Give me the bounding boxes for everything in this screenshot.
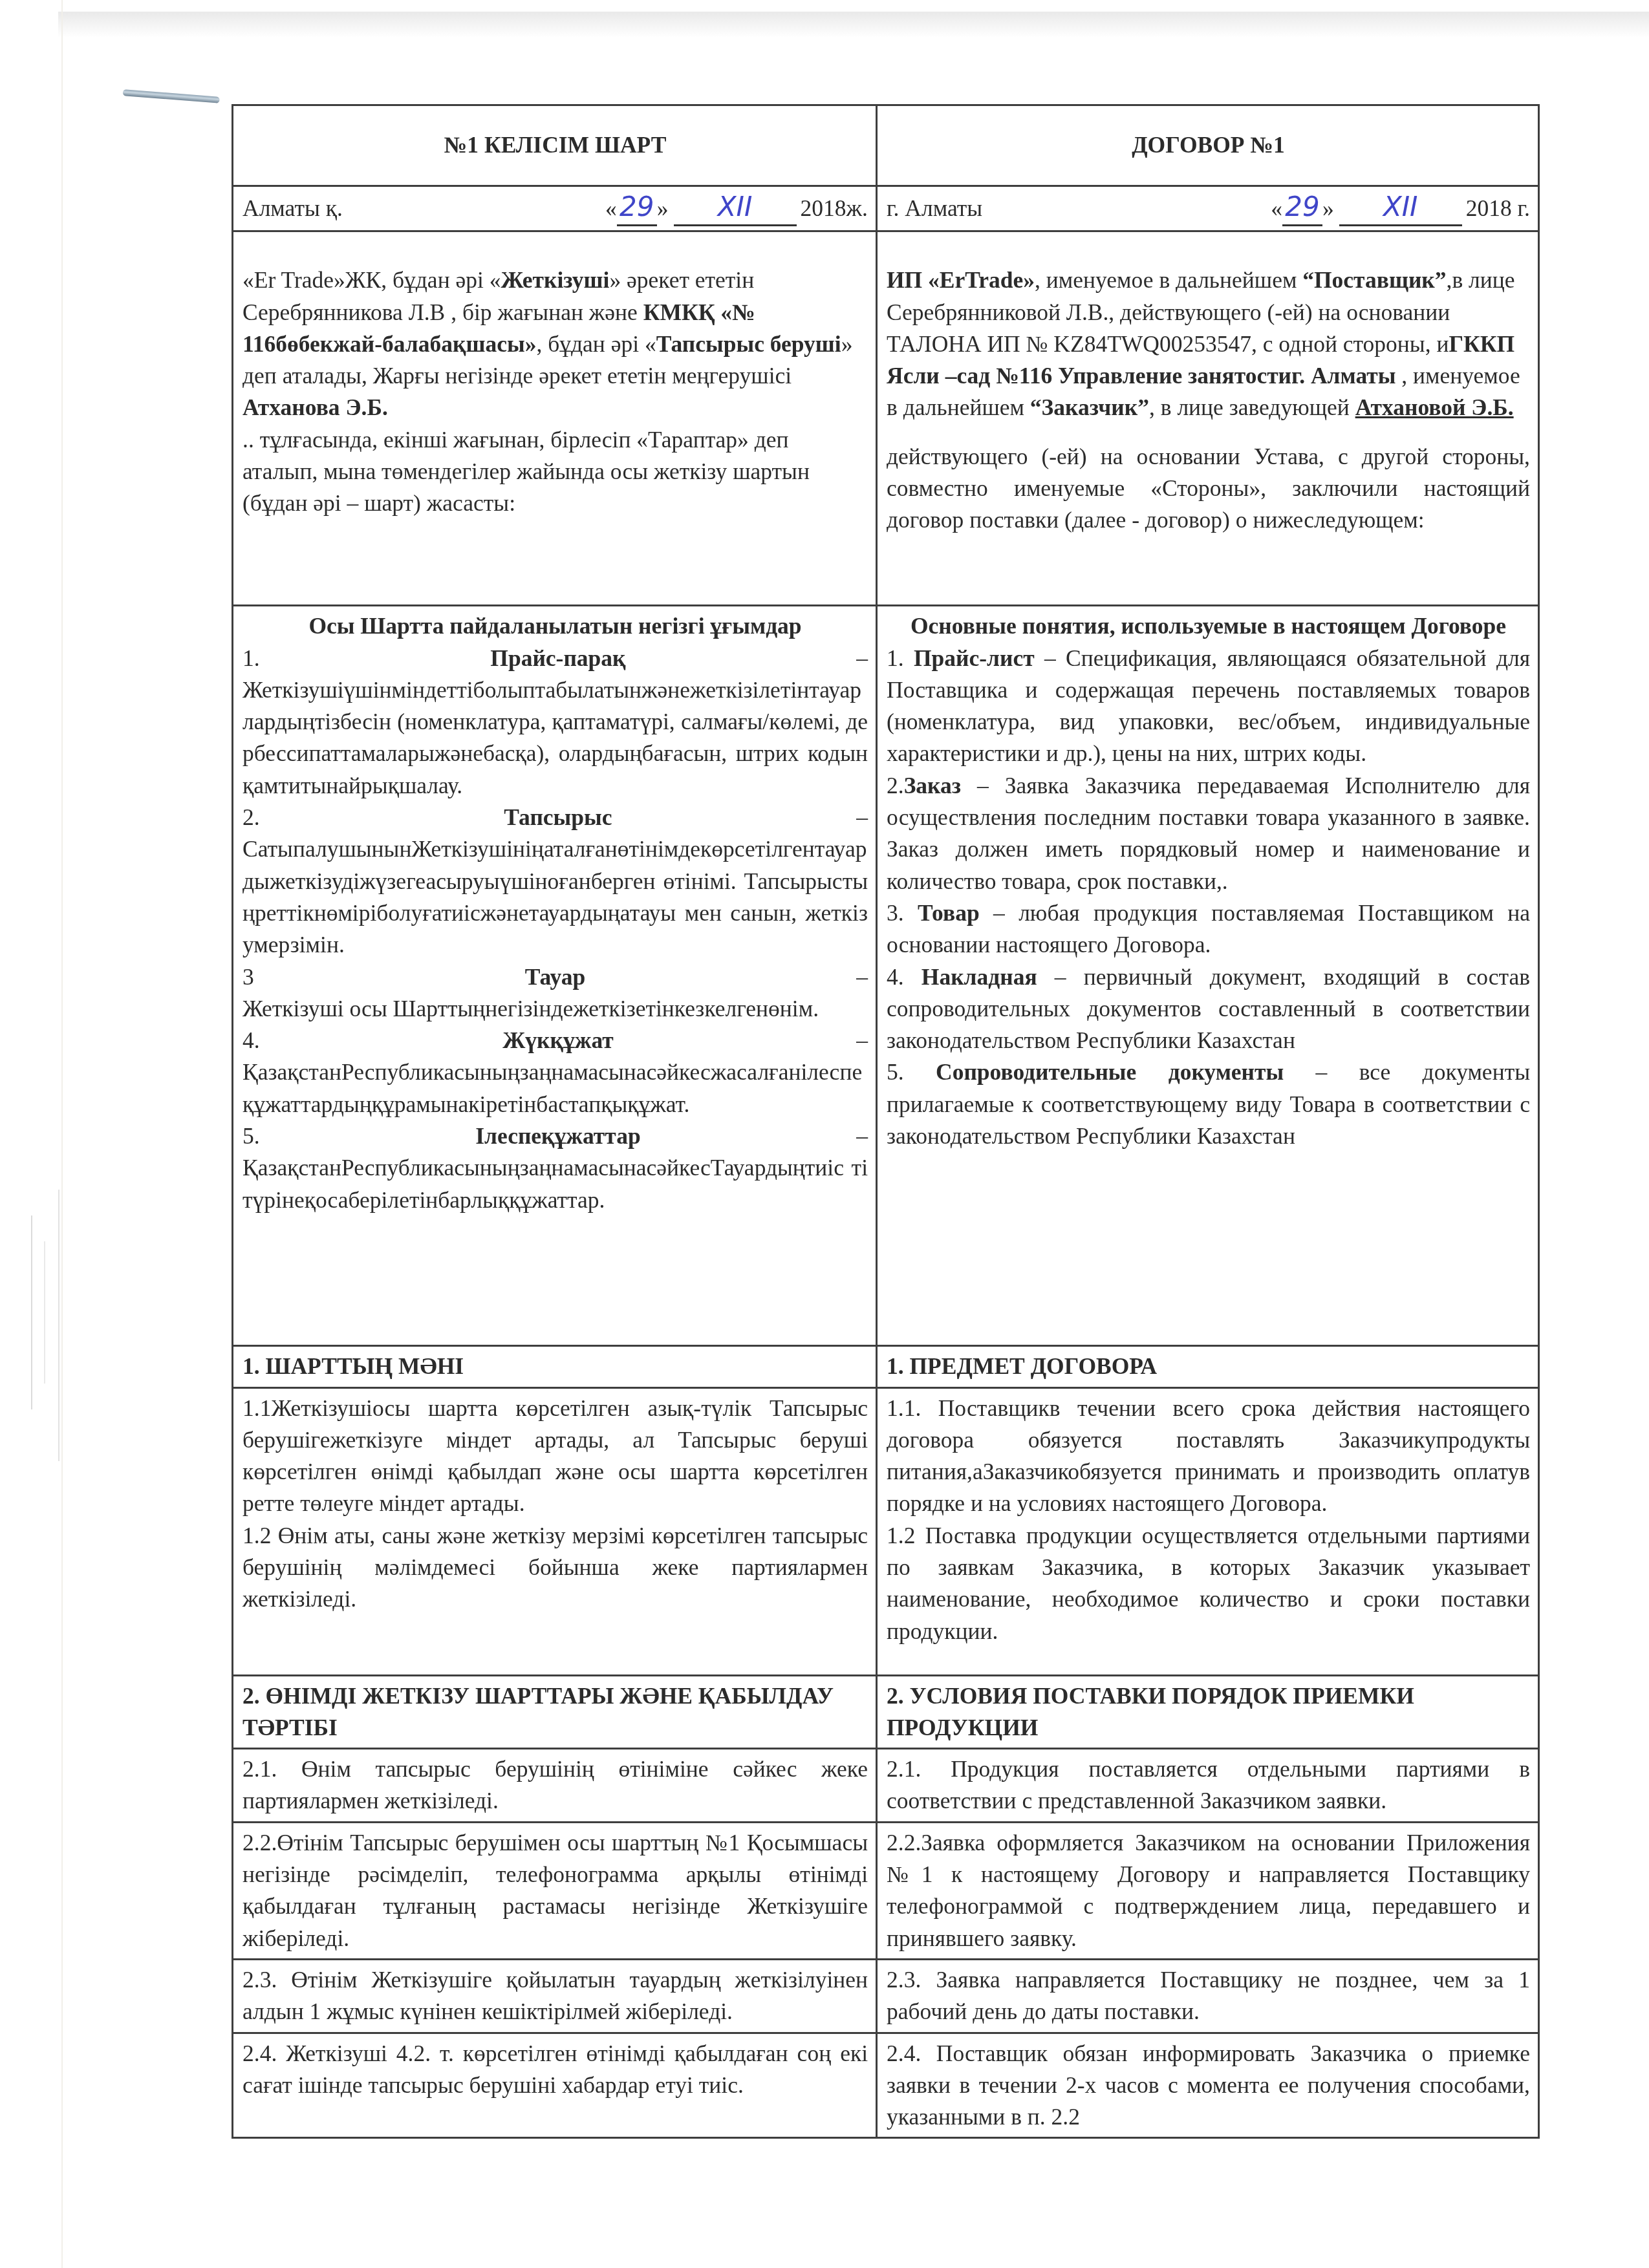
scan-margin-artifacts — [26, 1164, 78, 1584]
definition-text-kz: ҚазақстанРеспубликасыныңзаңнамасынасәйке… — [242, 1056, 868, 1120]
definitions-row: Осы Шартта пайдаланылатын негізгі ұғымда… — [233, 606, 1539, 1346]
section2-heading-kz: 2. ӨНІМДІ ЖЕТКІЗУ ШАРТТАРЫ ЖӘНЕ ҚАБЫЛДАУ… — [233, 1675, 877, 1749]
clause-2-1-row: 2.1. Өнім тапсырыс берушінің өтініміне с… — [233, 1749, 1539, 1823]
definition-text-kz: ҚазақстанРеспубликасыныңзаңнамасынасәйке… — [242, 1152, 868, 1216]
title-row: №1 КЕЛІСІМ ШАРТ ДОГОВОР №1 — [233, 105, 1539, 186]
definition-item-ru: 2.Заказ – Заявка Заказчика передаваемая … — [887, 770, 1530, 897]
clause-kz: 2.3. Өтінім Жеткізушіге қойылатын тауард… — [233, 1959, 877, 2033]
definition-item-ru: 1. Прайс-лист – Спецификация, являющаяся… — [887, 643, 1530, 770]
definition-term-kz: 5.Ілеспеқұжаттар– — [242, 1120, 868, 1152]
title-ru: ДОГОВОР №1 — [877, 105, 1539, 186]
definition-text-kz: Жеткізушіүшінміндеттіболыптабылатынжәнеж… — [242, 674, 868, 802]
clause-2-4-row: 2.4. Жеткізуші 4.2. т. көрсетілген өтіні… — [233, 2033, 1539, 2138]
definitions-kz: Осы Шартта пайдаланылатын негізгі ұғымда… — [233, 606, 877, 1346]
definition-term-kz: 3Тауар– — [242, 961, 868, 993]
section1-heading-kz: 1. ШАРТТЫҢ МӘНІ — [233, 1346, 877, 1387]
handwritten-month: XII — [718, 191, 753, 222]
year-kz: 2018ж. — [801, 193, 868, 224]
handwritten-day: 29 — [1285, 191, 1319, 222]
clause-ru: 2.3. Заявка направляется Поставщику не п… — [877, 1959, 1539, 2033]
clause-2-3-row: 2.3. Өтінім Жеткізушіге қойылатын тауард… — [233, 1959, 1539, 2033]
clause-kz: 2.1. Өнім тапсырыс берушінің өтініміне с… — [233, 1749, 877, 1823]
preamble-kz: «Er Trade»ЖК, бұдан әрі «Жеткізуші» әрек… — [233, 231, 877, 606]
definition-text-kz: СатыпалушынынЖеткізушініңаталғанөтінімде… — [242, 833, 868, 961]
definitions-heading-kz: Осы Шартта пайдаланылатын негізгі ұғымда… — [242, 610, 868, 642]
preamble-row: «Er Trade»ЖК, бұдан әрі «Жеткізуші» әрек… — [233, 231, 1539, 606]
definition-term-kz: 4.Жүкқұжат– — [242, 1025, 868, 1056]
definition-item-ru: 5. Сопроводительные документы – все доку… — [887, 1056, 1530, 1152]
definition-term-kz: 2.Тапсырыс– — [242, 802, 868, 833]
definition-item-ru: 3. Товар – любая продукция поставляемая … — [887, 897, 1530, 961]
section1-heading-ru: 1. ПРЕДМЕТ ДОГОВОРА — [877, 1346, 1539, 1387]
definition-text-kz: Жеткізуші осы Шарттыңнегізіндежеткізетін… — [242, 993, 868, 1025]
definitions-ru: Основные понятия, используемые в настоящ… — [877, 606, 1539, 1346]
clause-2-2-row: 2.2.Өтінім Тапсырыс берушімен осы шартты… — [233, 1822, 1539, 1959]
definition-item-ru: 4. Накладная – первичный документ, входя… — [887, 961, 1530, 1057]
contract-table: №1 КЕЛІСІМ ШАРТ ДОГОВОР №1 Алматы қ. « 2… — [232, 104, 1540, 2139]
scan-edge-left — [61, 0, 63, 2268]
preamble-ru: ИП «ErTrade», именуемое в дальнейшем “По… — [877, 231, 1539, 606]
clause-ru: 2.4. Поставщик обязан информировать Зака… — [877, 2033, 1539, 2138]
title-kz: №1 КЕЛІСІМ ШАРТ — [233, 105, 877, 186]
section2-heading-ru: 2. УСЛОВИЯ ПОСТАВКИ ПОРЯДОК ПРИЕМКИ ПРОД… — [877, 1675, 1539, 1749]
clause-ru: 2.2.Заявка оформляется Заказчиком на осн… — [877, 1822, 1539, 1959]
clause-kz: 2.2.Өтінім Тапсырыс берушімен осы шартты… — [233, 1822, 877, 1959]
date-kz: « 29 » XII 2018ж. — [605, 191, 868, 226]
date-kz-cell: Алматы қ. « 29 » XII 2018ж. — [233, 186, 877, 231]
date-row: Алматы қ. « 29 » XII 2018ж. г. Алматы « … — [233, 186, 1539, 231]
definition-term-kz: 1.Прайс-парақ– — [242, 643, 868, 674]
section2-heading-row: 2. ӨНІМДІ ЖЕТКІЗУ ШАРТТАРЫ ЖӘНЕ ҚАБЫЛДАУ… — [233, 1675, 1539, 1749]
section1-body-ru: 1.1. Поставщикв течении всего срока дейс… — [877, 1387, 1539, 1675]
handwritten-day: 29 — [620, 191, 654, 222]
definitions-heading-ru: Основные понятия, используемые в настоящ… — [887, 610, 1530, 642]
date-ru: « 29 » XII 2018 г. — [1271, 191, 1530, 226]
clause-ru: 2.1. Продукция поставляется отдельными п… — [877, 1749, 1539, 1823]
clause-kz: 2.4. Жеткізуші 4.2. т. көрсетілген өтіні… — [233, 2033, 877, 2138]
section1-body-kz: 1.1Жеткізушіосы шартта көрсетілген азық-… — [233, 1387, 877, 1675]
year-ru: 2018 г. — [1466, 193, 1530, 224]
date-ru-cell: г. Алматы « 29 » XII 2018 г. — [877, 186, 1539, 231]
city-kz: Алматы қ. — [242, 193, 343, 224]
section1-heading-row: 1. ШАРТТЫҢ МӘНІ 1. ПРЕДМЕТ ДОГОВОРА — [233, 1346, 1539, 1387]
city-ru: г. Алматы — [887, 193, 982, 224]
handwritten-month: XII — [1383, 191, 1418, 222]
section1-body-row: 1.1Жеткізушіосы шартта көрсетілген азық-… — [233, 1387, 1539, 1675]
staple-icon — [123, 89, 220, 103]
scan-shadow-top — [58, 12, 1649, 37]
